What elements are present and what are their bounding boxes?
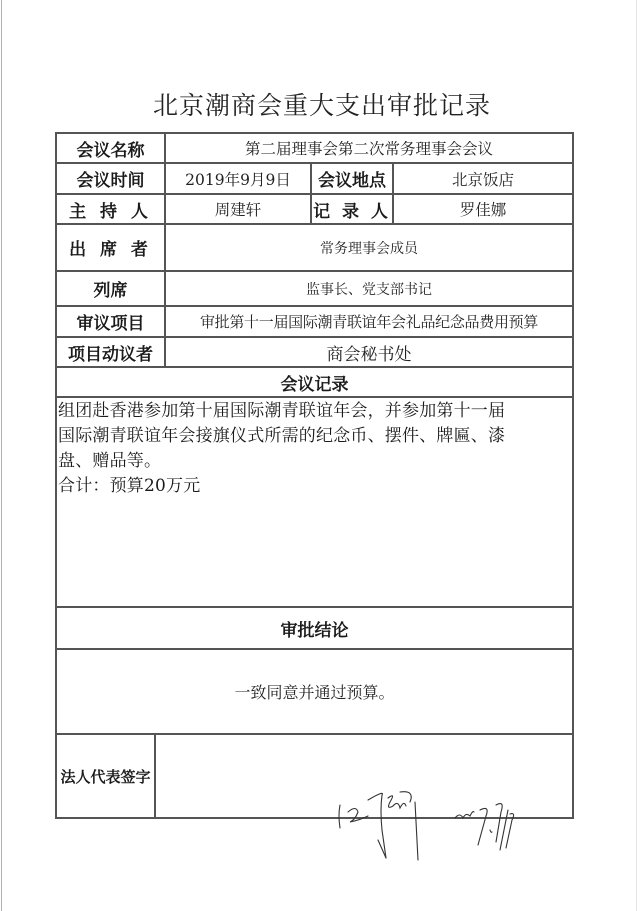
meeting-place-value: 北京饭店 xyxy=(394,164,572,193)
approval-heading: 审批结论 xyxy=(57,608,572,648)
observers-value: 监事长、党支部书记 xyxy=(166,272,572,305)
table-border-right xyxy=(572,132,574,819)
row-divider xyxy=(55,396,574,398)
observers-label: 列席 xyxy=(57,272,164,305)
meeting-name-value: 第二届理事会第二次常务理事会会议 xyxy=(166,134,572,162)
recorder-value: 罗佳娜 xyxy=(394,195,572,223)
document-title: 北京潮商会重大支出审批记录 xyxy=(0,86,644,122)
agenda-item-value: 审批第十一届国际潮青联谊年会礼品纪念品费用预算 xyxy=(166,307,572,336)
page-edge xyxy=(636,0,637,911)
approval-conclusion: 一致同意并通过预算。 xyxy=(57,650,572,733)
host-value: 周建轩 xyxy=(166,195,310,223)
meeting-record-heading: 会议记录 xyxy=(57,368,572,396)
meeting-record-line: 组团赴香港参加第十届国际潮青联谊年会，并参加第十一届 xyxy=(58,399,572,424)
meeting-time-label: 会议时间 xyxy=(57,164,164,193)
meeting-place-label: 会议地点 xyxy=(312,164,392,193)
page-edge xyxy=(1,0,2,911)
signature-label: 法人代表签字 xyxy=(57,735,154,817)
recorder-label: 记 录 人 xyxy=(312,195,392,223)
meeting-name-label: 会议名称 xyxy=(57,134,164,162)
host-label: 主 持 人 xyxy=(57,195,164,223)
attendees-value: 常务理事会成员 xyxy=(166,225,572,270)
meeting-record-line: 合计：预算20万元 xyxy=(58,474,572,499)
meeting-record-line: 国际潮青联谊年会接旗仪式所需的纪念币、摆件、牌匾、漆 xyxy=(58,424,572,449)
column-divider xyxy=(154,733,156,819)
agenda-item-label: 审议项目 xyxy=(57,307,164,336)
meeting-record-line: 盘、赠品等。 xyxy=(58,449,572,474)
attendees-label: 出 席 者 xyxy=(57,225,164,270)
handwritten-signature xyxy=(330,750,580,870)
meeting-record-body: 组团赴香港参加第十届国际潮青联谊年会，并参加第十一届 国际潮青联谊年会接旗仪式所… xyxy=(58,399,572,499)
meeting-time-value: 2019年9月9日 xyxy=(166,164,310,193)
proposer-value: 商会秘书处 xyxy=(166,338,572,366)
proposer-label: 项目动议者 xyxy=(57,338,164,366)
